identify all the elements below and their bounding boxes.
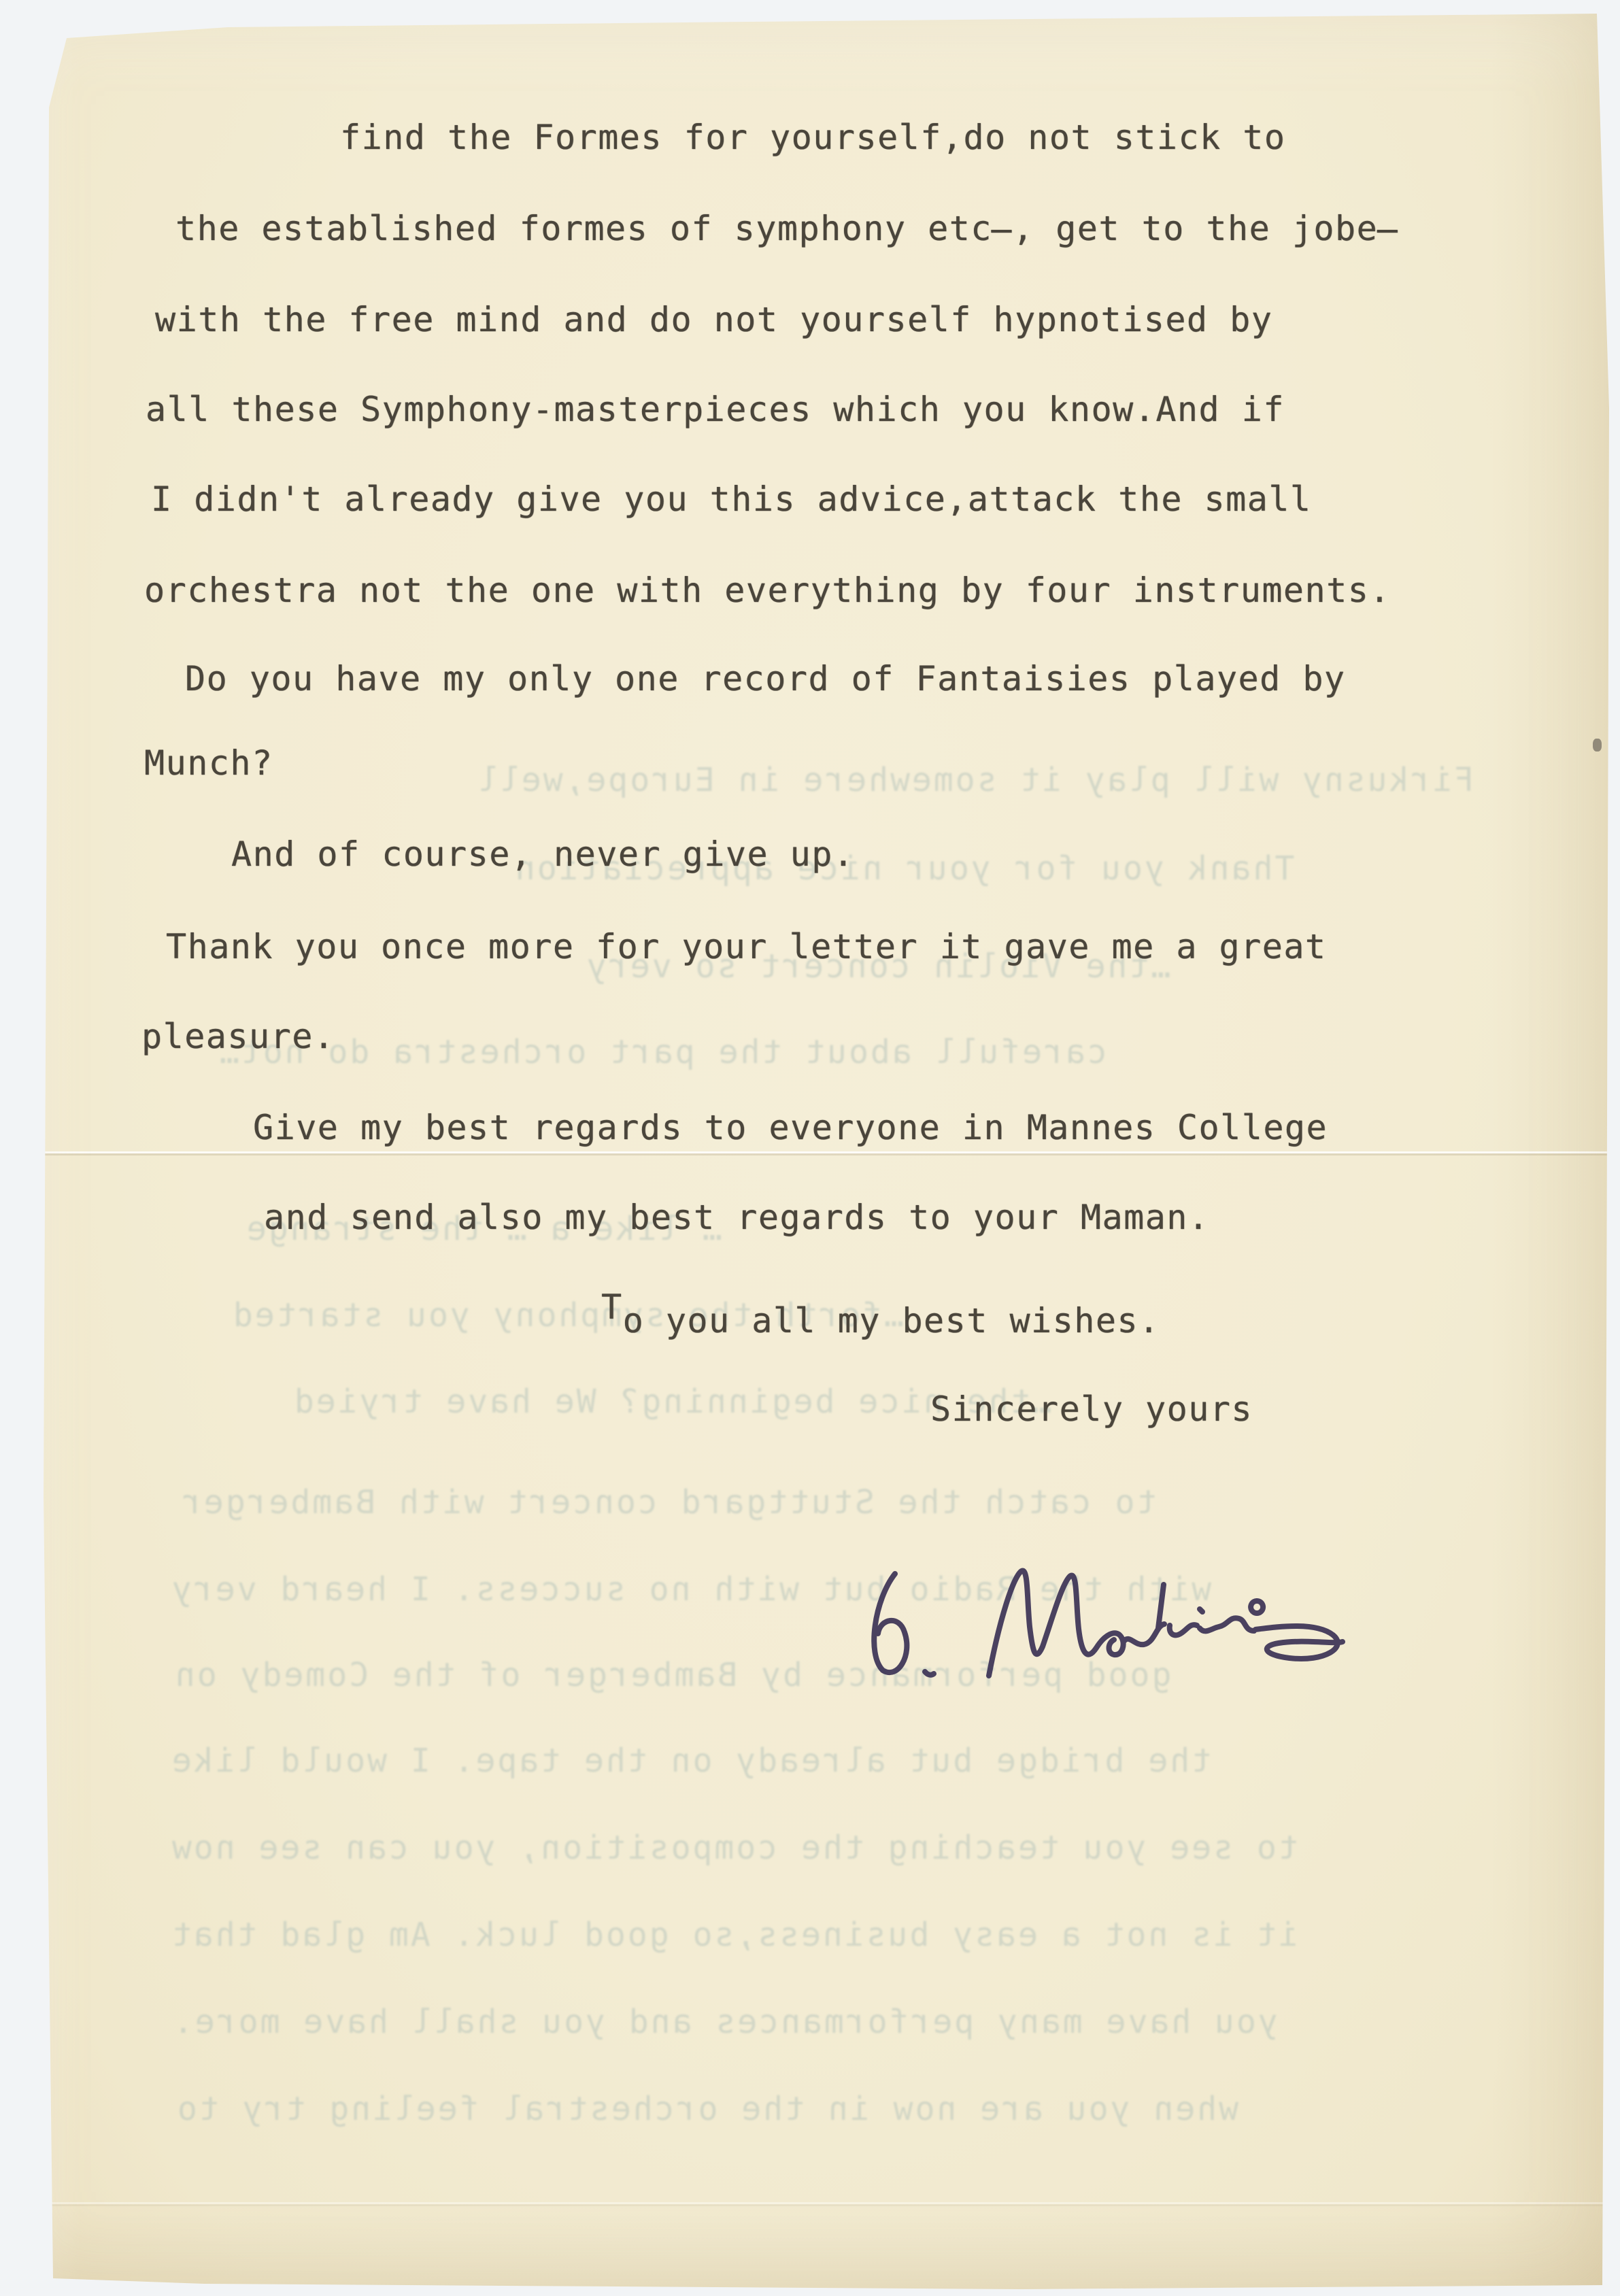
typed-line: the established formes of symphony etc̶,… bbox=[175, 208, 1398, 249]
typed-line: with the free mind and do not yourself h… bbox=[155, 299, 1272, 340]
typed-line: and send also my best regards to your Ma… bbox=[264, 1197, 1210, 1238]
typed-line: Sincerely yours bbox=[930, 1389, 1253, 1430]
bottom-faint-crease bbox=[0, 2202, 1620, 2206]
typed-line: Do you have my only one record of Fantai… bbox=[185, 658, 1346, 699]
typed-line: find the Formes for yourself,do not stic… bbox=[340, 117, 1286, 158]
bleedthrough-line: to catch the Stuttgard concert with Bamb… bbox=[180, 1483, 1156, 1522]
scan-speck bbox=[1593, 739, 1602, 752]
bleedthrough-line: when you are now in the orchestral feeli… bbox=[175, 2089, 1238, 2129]
bleedthrough-line: carefull about the part orchestra do not… bbox=[218, 1032, 1107, 1072]
typed-line: To you all my best wishes. bbox=[601, 1300, 1160, 1341]
typed-line: all these Symphony-masterpieces which yo… bbox=[146, 389, 1285, 430]
scanner-background: Firkusny will play it somewhere in Europ… bbox=[0, 0, 1620, 2296]
typed-line: And of course, never give up. bbox=[231, 834, 854, 875]
typed-line: I didn't already give you this advice,at… bbox=[151, 479, 1312, 520]
bleedthrough-line: to see you teaching the composition, you… bbox=[170, 1828, 1298, 1868]
signature bbox=[849, 1545, 1366, 1715]
typed-line: orchestra not the one with everything by… bbox=[144, 570, 1391, 611]
fold-crease bbox=[0, 1151, 1620, 1155]
letter-page: Firkusny will play it somewhere in Europ… bbox=[0, 0, 1620, 2296]
typed-line: pleasure. bbox=[141, 1016, 335, 1057]
raised-capital: T bbox=[601, 1287, 623, 1327]
typed-line: Give my best regards to everyone in Mann… bbox=[253, 1107, 1328, 1148]
bleedthrough-line: it is not a easy business,so good luck. … bbox=[170, 1915, 1298, 1955]
typed-line: Thank you once more for your letter it g… bbox=[166, 926, 1327, 967]
bleedthrough-line: you have many performances and you shall… bbox=[171, 2002, 1278, 2042]
typed-line: Munch? bbox=[144, 743, 273, 783]
bleedthrough-line: the bridge but already on the tape. I wo… bbox=[170, 1741, 1211, 1780]
bleedthrough-line: Firkusny will play it somewhere in Europ… bbox=[476, 760, 1474, 800]
